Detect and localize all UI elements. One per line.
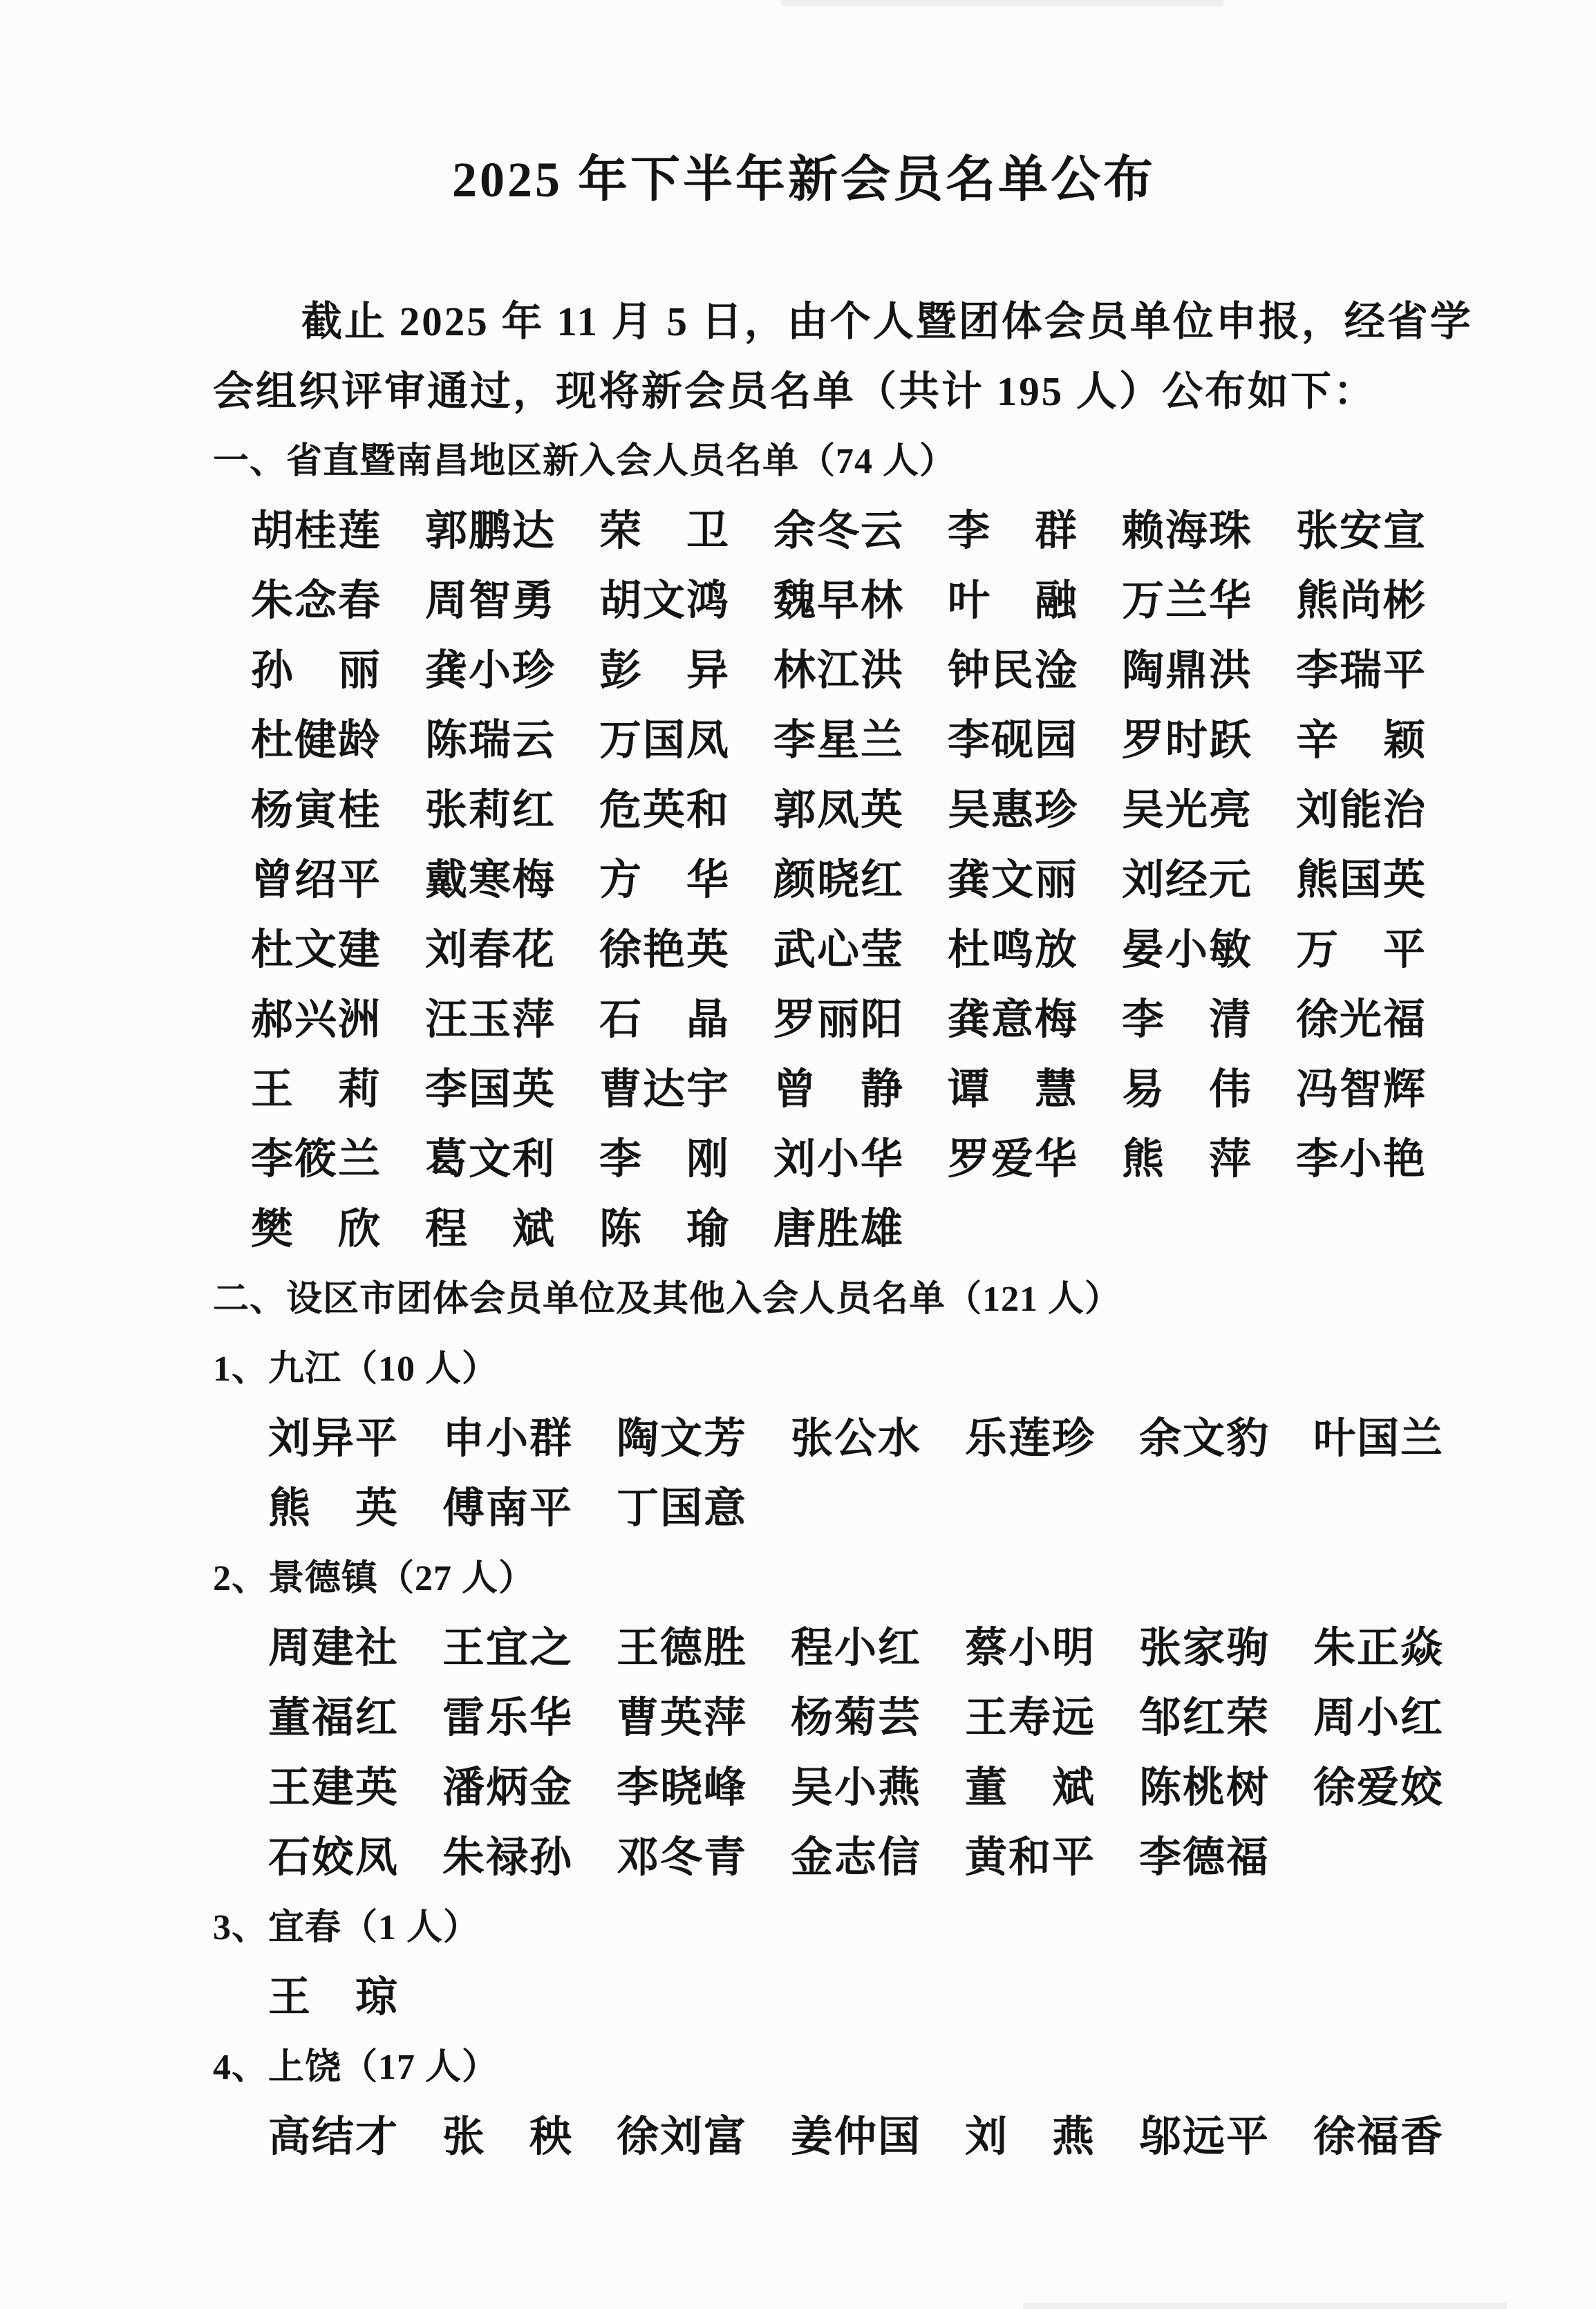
section1-name-row-10: 李筱兰 葛文利 李 刚 刘小华 罗爱华 熊 萍 李小艳 — [213, 1125, 1395, 1195]
jiujiang-name-row-1: 刘异平 申小群 陶文芳 张公水 乐莲珍 余文豹 叶国兰 — [213, 1404, 1395, 1474]
section2-heading: 二、设区市团体会员单位及其他入会人员名单（121 人） — [213, 1264, 1395, 1334]
section1-name-row-5: 杨寅桂 张莉红 危英和 郭凤英 吴惠珍 吴光亮 刘能治 — [213, 776, 1395, 845]
scan-artifact-bottom — [1023, 2303, 1507, 2309]
section1-name-row-7: 杜文建 刘春花 徐艳英 武心莹 杜鸣放 晏小敏 万 平 — [213, 915, 1395, 985]
section1-name-row-6: 曾绍平 戴寒梅 方 华 颜晓红 龚文丽 刘经元 熊国英 — [213, 845, 1395, 915]
section1-name-row-4: 杜健龄 陈瑞云 万国凤 李星兰 李砚园 罗时跃 辛 颖 — [213, 706, 1395, 776]
page-title: 2025 年下半年新会员名单公布 — [213, 142, 1395, 218]
section1-heading: 一、省直暨南昌地区新入会人员名单（74 人） — [213, 427, 1395, 496]
jingdezhen-name-row-4: 石姣凤 朱禄孙 邓冬青 金志信 黄和平 李德福 — [213, 1823, 1395, 1893]
section1-name-row-11: 樊 欣 程 斌 陈 瑜 唐胜雄 — [213, 1195, 1395, 1264]
jingdezhen-name-row-1: 周建社 王宜之 王德胜 程小红 蔡小明 张家驹 朱正焱 — [213, 1614, 1395, 1683]
section1-name-row-9: 王 莉 李国英 曹达宇 曾 静 谭 慧 易 伟 冯智辉 — [213, 1055, 1395, 1125]
group-heading-shangrao: 4、上饶（17 人） — [213, 2032, 1395, 2102]
jingdezhen-name-row-2: 董福红 雷乐华 曹英萍 杨菊芸 王寿远 邹红荣 周小红 — [213, 1683, 1395, 1753]
yichun-name-row-1: 王 琼 — [213, 1963, 1395, 2032]
document-page: 2025 年下半年新会员名单公布 截止 2025 年 11 月 5 日，由个人暨… — [0, 0, 1596, 2309]
intro-paragraph-line-1: 截止 2025 年 11 月 5 日，由个人暨团体会员单位申报，经省学 — [213, 287, 1395, 357]
jiujiang-name-row-2: 熊 英 傅南平 丁国意 — [213, 1474, 1395, 1544]
group-heading-jiujiang: 1、九江（10 人） — [213, 1334, 1395, 1404]
intro-paragraph-line-2: 会组织评审通过，现将新会员名单（共计 195 人）公布如下： — [213, 357, 1395, 427]
section1-name-row-3: 孙 丽 龚小珍 彭 异 林江洪 钟民淦 陶鼎洪 李瑞平 — [213, 636, 1395, 706]
section1-name-row-8: 郝兴洲 汪玉萍 石 晶 罗丽阳 龚意梅 李 清 徐光福 — [213, 985, 1395, 1055]
section1-name-row-2: 朱念春 周智勇 胡文鸿 魏早林 叶 融 万兰华 熊尚彬 — [213, 566, 1395, 636]
scan-artifact-top — [781, 0, 1223, 6]
jingdezhen-name-row-3: 王建英 潘炳金 李晓峰 吴小燕 董 斌 陈桃树 徐爱姣 — [213, 1753, 1395, 1823]
group-heading-yichun: 3、宜春（1 人） — [213, 1893, 1395, 1963]
group-heading-jingdezhen: 2、景德镇（27 人） — [213, 1544, 1395, 1614]
shangrao-name-row-1: 高结才 张 秧 徐刘富 姜仲国 刘 燕 邬远平 徐福香 — [213, 2102, 1395, 2172]
document-content: 2025 年下半年新会员名单公布 截止 2025 年 11 月 5 日，由个人暨… — [213, 142, 1395, 2172]
section1-name-row-1: 胡桂莲 郭鹏达 荣 卫 余冬云 李 群 赖海珠 张安宣 — [213, 496, 1395, 566]
